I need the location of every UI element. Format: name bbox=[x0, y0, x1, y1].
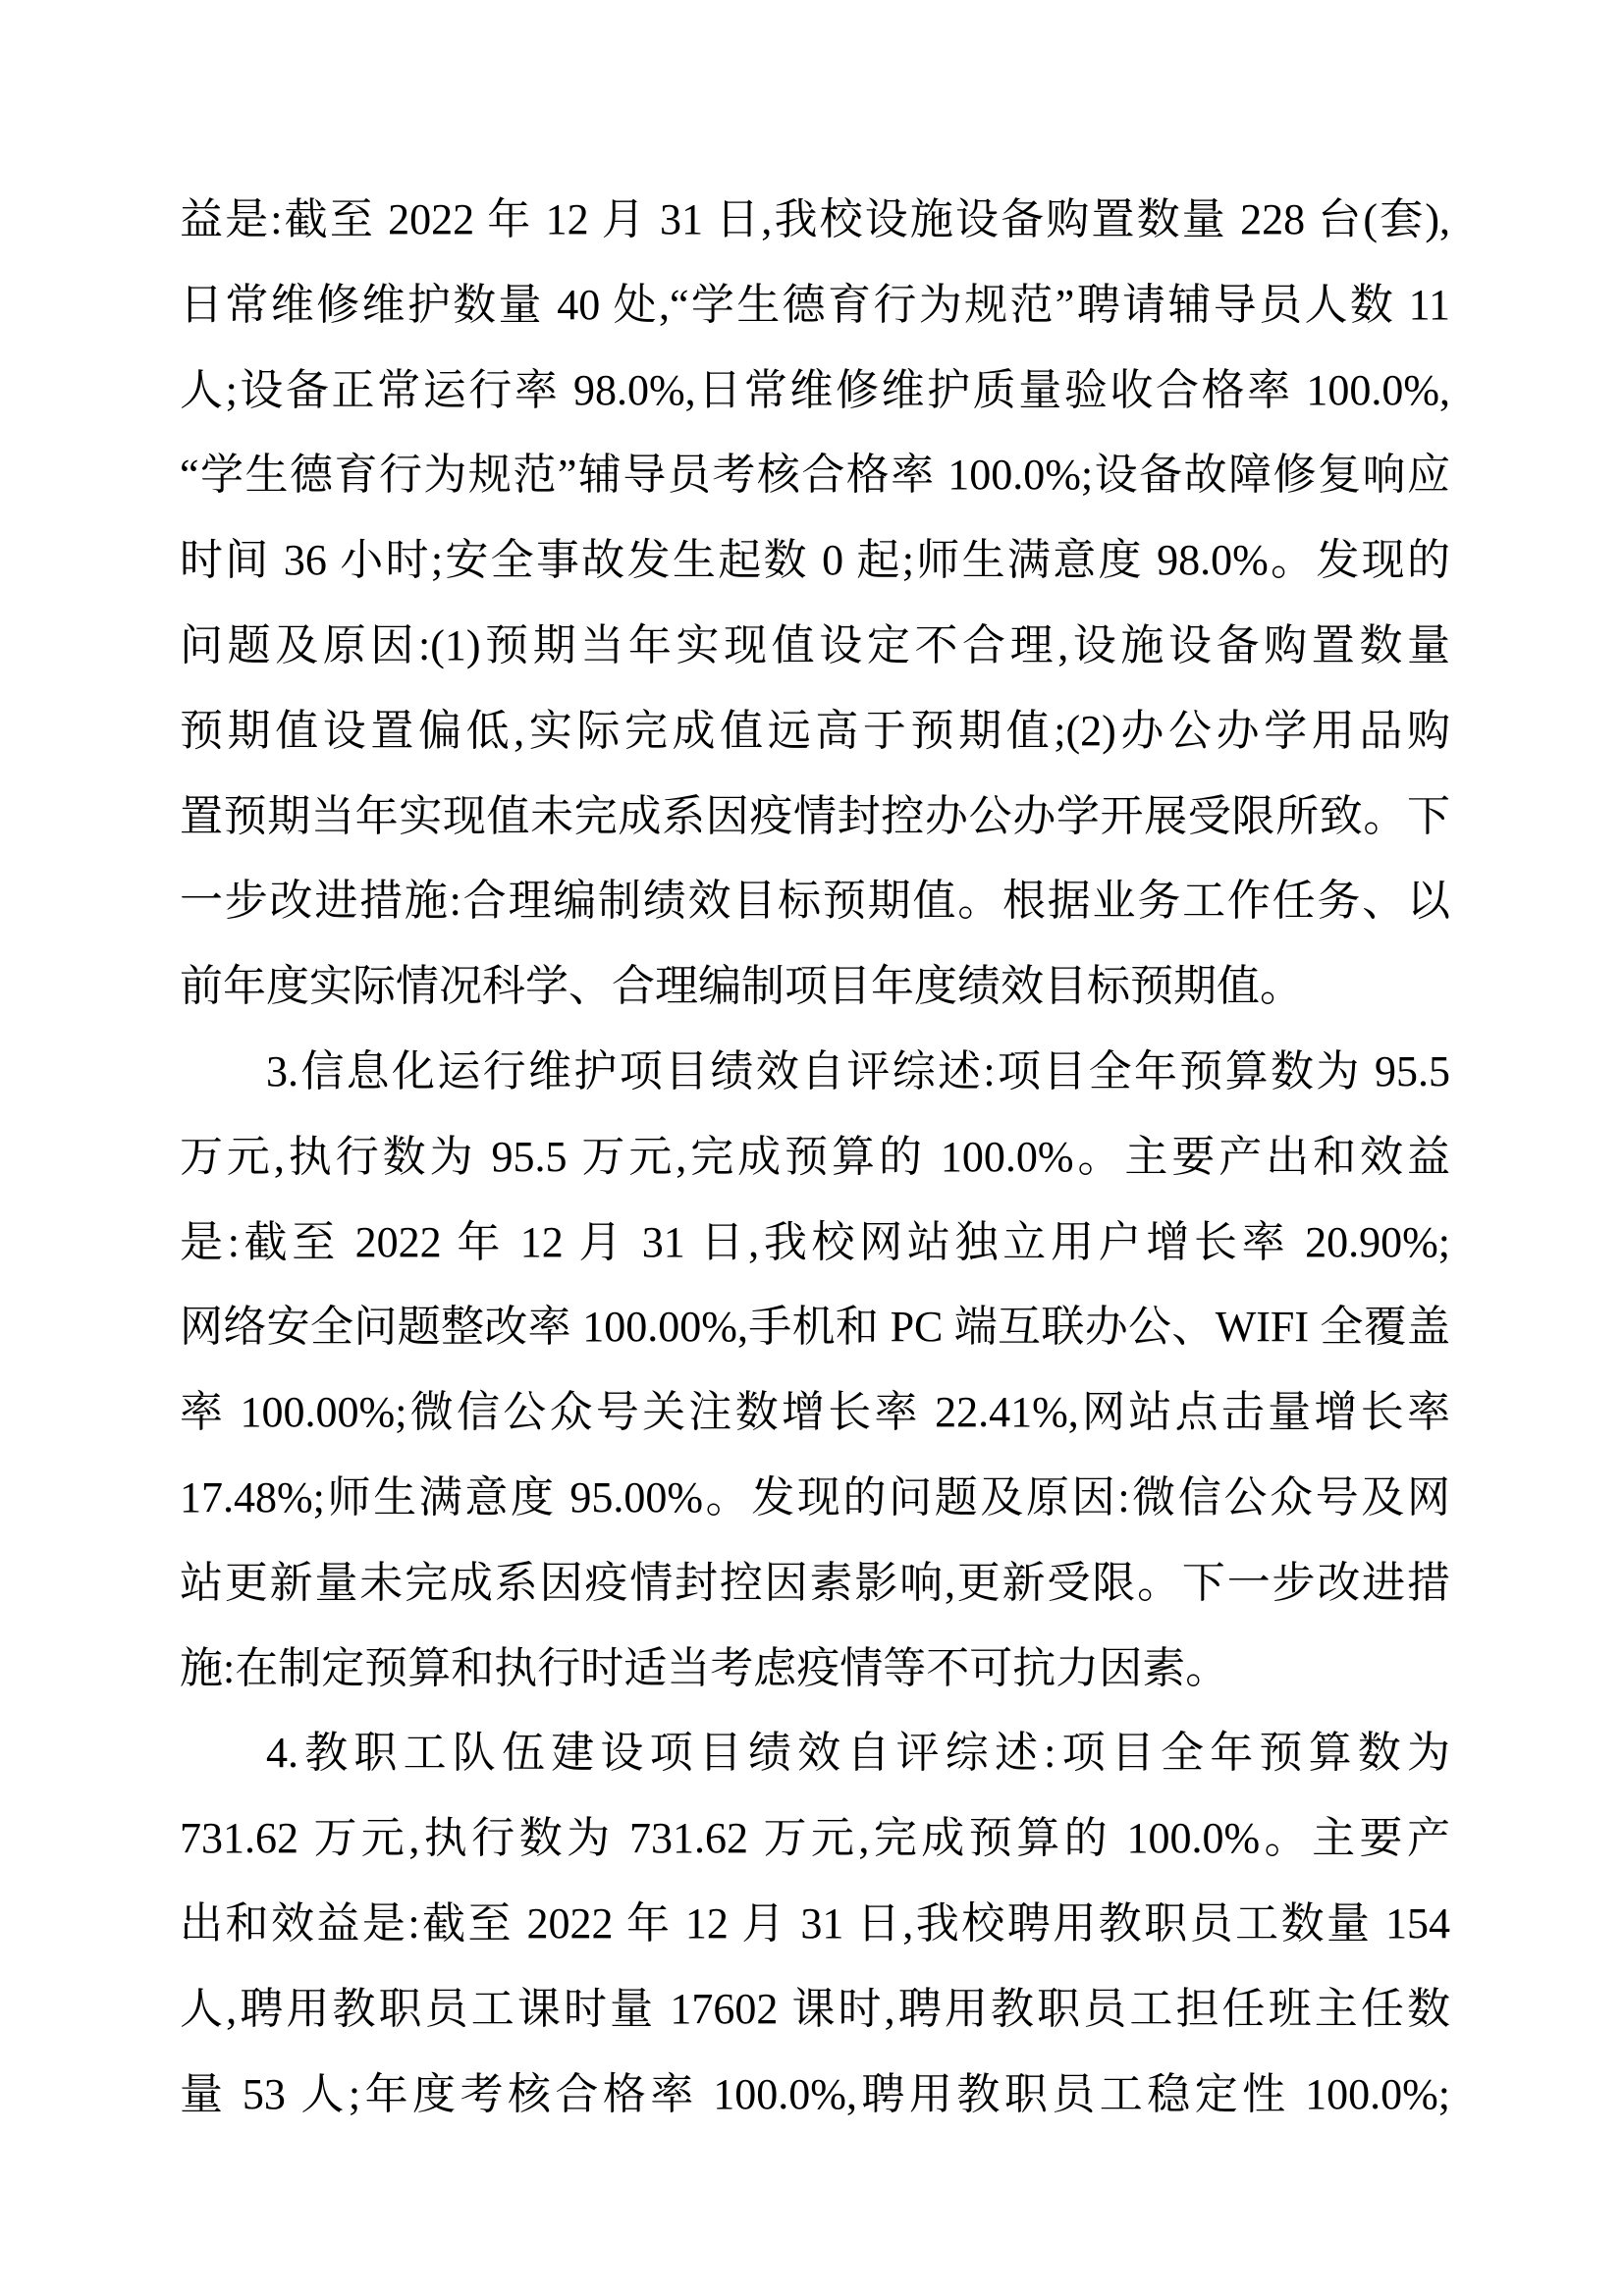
text-line: 站更新量未完成系因疫情封控因素影响,更新受限。下一步改进措 bbox=[180, 1541, 1450, 1627]
text-line: 万元,执行数为 95.5 万元,完成预算的 100.0%。主要产出和效益 bbox=[180, 1115, 1450, 1201]
text-line: 人;设备正常运行率 98.0%,日常维修维护质量验收合格率 100.0%, bbox=[180, 348, 1450, 434]
text-line: 是:截至 2022 年 12 月 31 日,我校网站独立用户增长率 20.90%… bbox=[180, 1201, 1450, 1286]
document-body: 益是:截至 2022 年 12 月 31 日,我校设施设备购置数量 228 台(… bbox=[180, 178, 1450, 2137]
text-line: 一步改进措施:合理编制绩效目标预期值。根据业务工作任务、以 bbox=[180, 859, 1450, 944]
text-line: 置预期当年实现值未完成系因疫情封控办公办学开展受限所致。下 bbox=[180, 774, 1450, 860]
text-line: 率 100.00%;微信公众号关注数增长率 22.41%,网站点击量增长率 bbox=[180, 1370, 1450, 1456]
text-line: 前年度实际情况科学、合理编制项目年度绩效目标预期值。 bbox=[180, 944, 1450, 1030]
text-line: 时间 36 小时;安全事故发生起数 0 起;师生满意度 98.0%。发现的 bbox=[180, 518, 1450, 604]
text-line: 出和效益是:截至 2022 年 12 月 31 日,我校聘用教职员工数量 154 bbox=[180, 1882, 1450, 1967]
text-line: “学生德育行为规范”辅导员考核合格率 100.0%;设备故障修复响应 bbox=[180, 433, 1450, 518]
text-line: 量 53 人;年度考核合格率 100.0%,聘用教职员工稳定性 100.0%; bbox=[180, 2053, 1450, 2138]
text-line: 人,聘用教职员工课时量 17602 课时,聘用教职员工担任班主任数 bbox=[180, 1967, 1450, 2053]
text-line: 日常维修维护数量 40 处,“学生德育行为规范”聘请辅导员人数 11 bbox=[180, 263, 1450, 348]
text-line: 问题及原因:(1)预期当年实现值设定不合理,设施设备购置数量 bbox=[180, 604, 1450, 689]
text-line: 17.48%;师生满意度 95.00%。发现的问题及原因:微信公众号及网 bbox=[180, 1456, 1450, 1541]
text-line: 预期值设置偏低,实际完成值远高于预期值;(2)办公办学用品购 bbox=[180, 689, 1450, 774]
text-line: 3.信息化运行维护项目绩效自评综述:项目全年预算数为 95.5 bbox=[180, 1030, 1450, 1115]
text-line: 施:在制定预算和执行时适当考虑疫情等不可抗力因素。 bbox=[180, 1627, 1450, 1712]
document-page: 益是:截至 2022 年 12 月 31 日,我校设施设备购置数量 228 台(… bbox=[0, 0, 1624, 2296]
text-line: 731.62 万元,执行数为 731.62 万元,完成预算的 100.0%。主要… bbox=[180, 1796, 1450, 1882]
text-line: 网络安全问题整改率 100.00%,手机和 PC 端互联办公、WIFI 全覆盖 bbox=[180, 1285, 1450, 1370]
text-line: 4.教职工队伍建设项目绩效自评综述:项目全年预算数为 bbox=[180, 1711, 1450, 1796]
text-line: 益是:截至 2022 年 12 月 31 日,我校设施设备购置数量 228 台(… bbox=[180, 178, 1450, 263]
